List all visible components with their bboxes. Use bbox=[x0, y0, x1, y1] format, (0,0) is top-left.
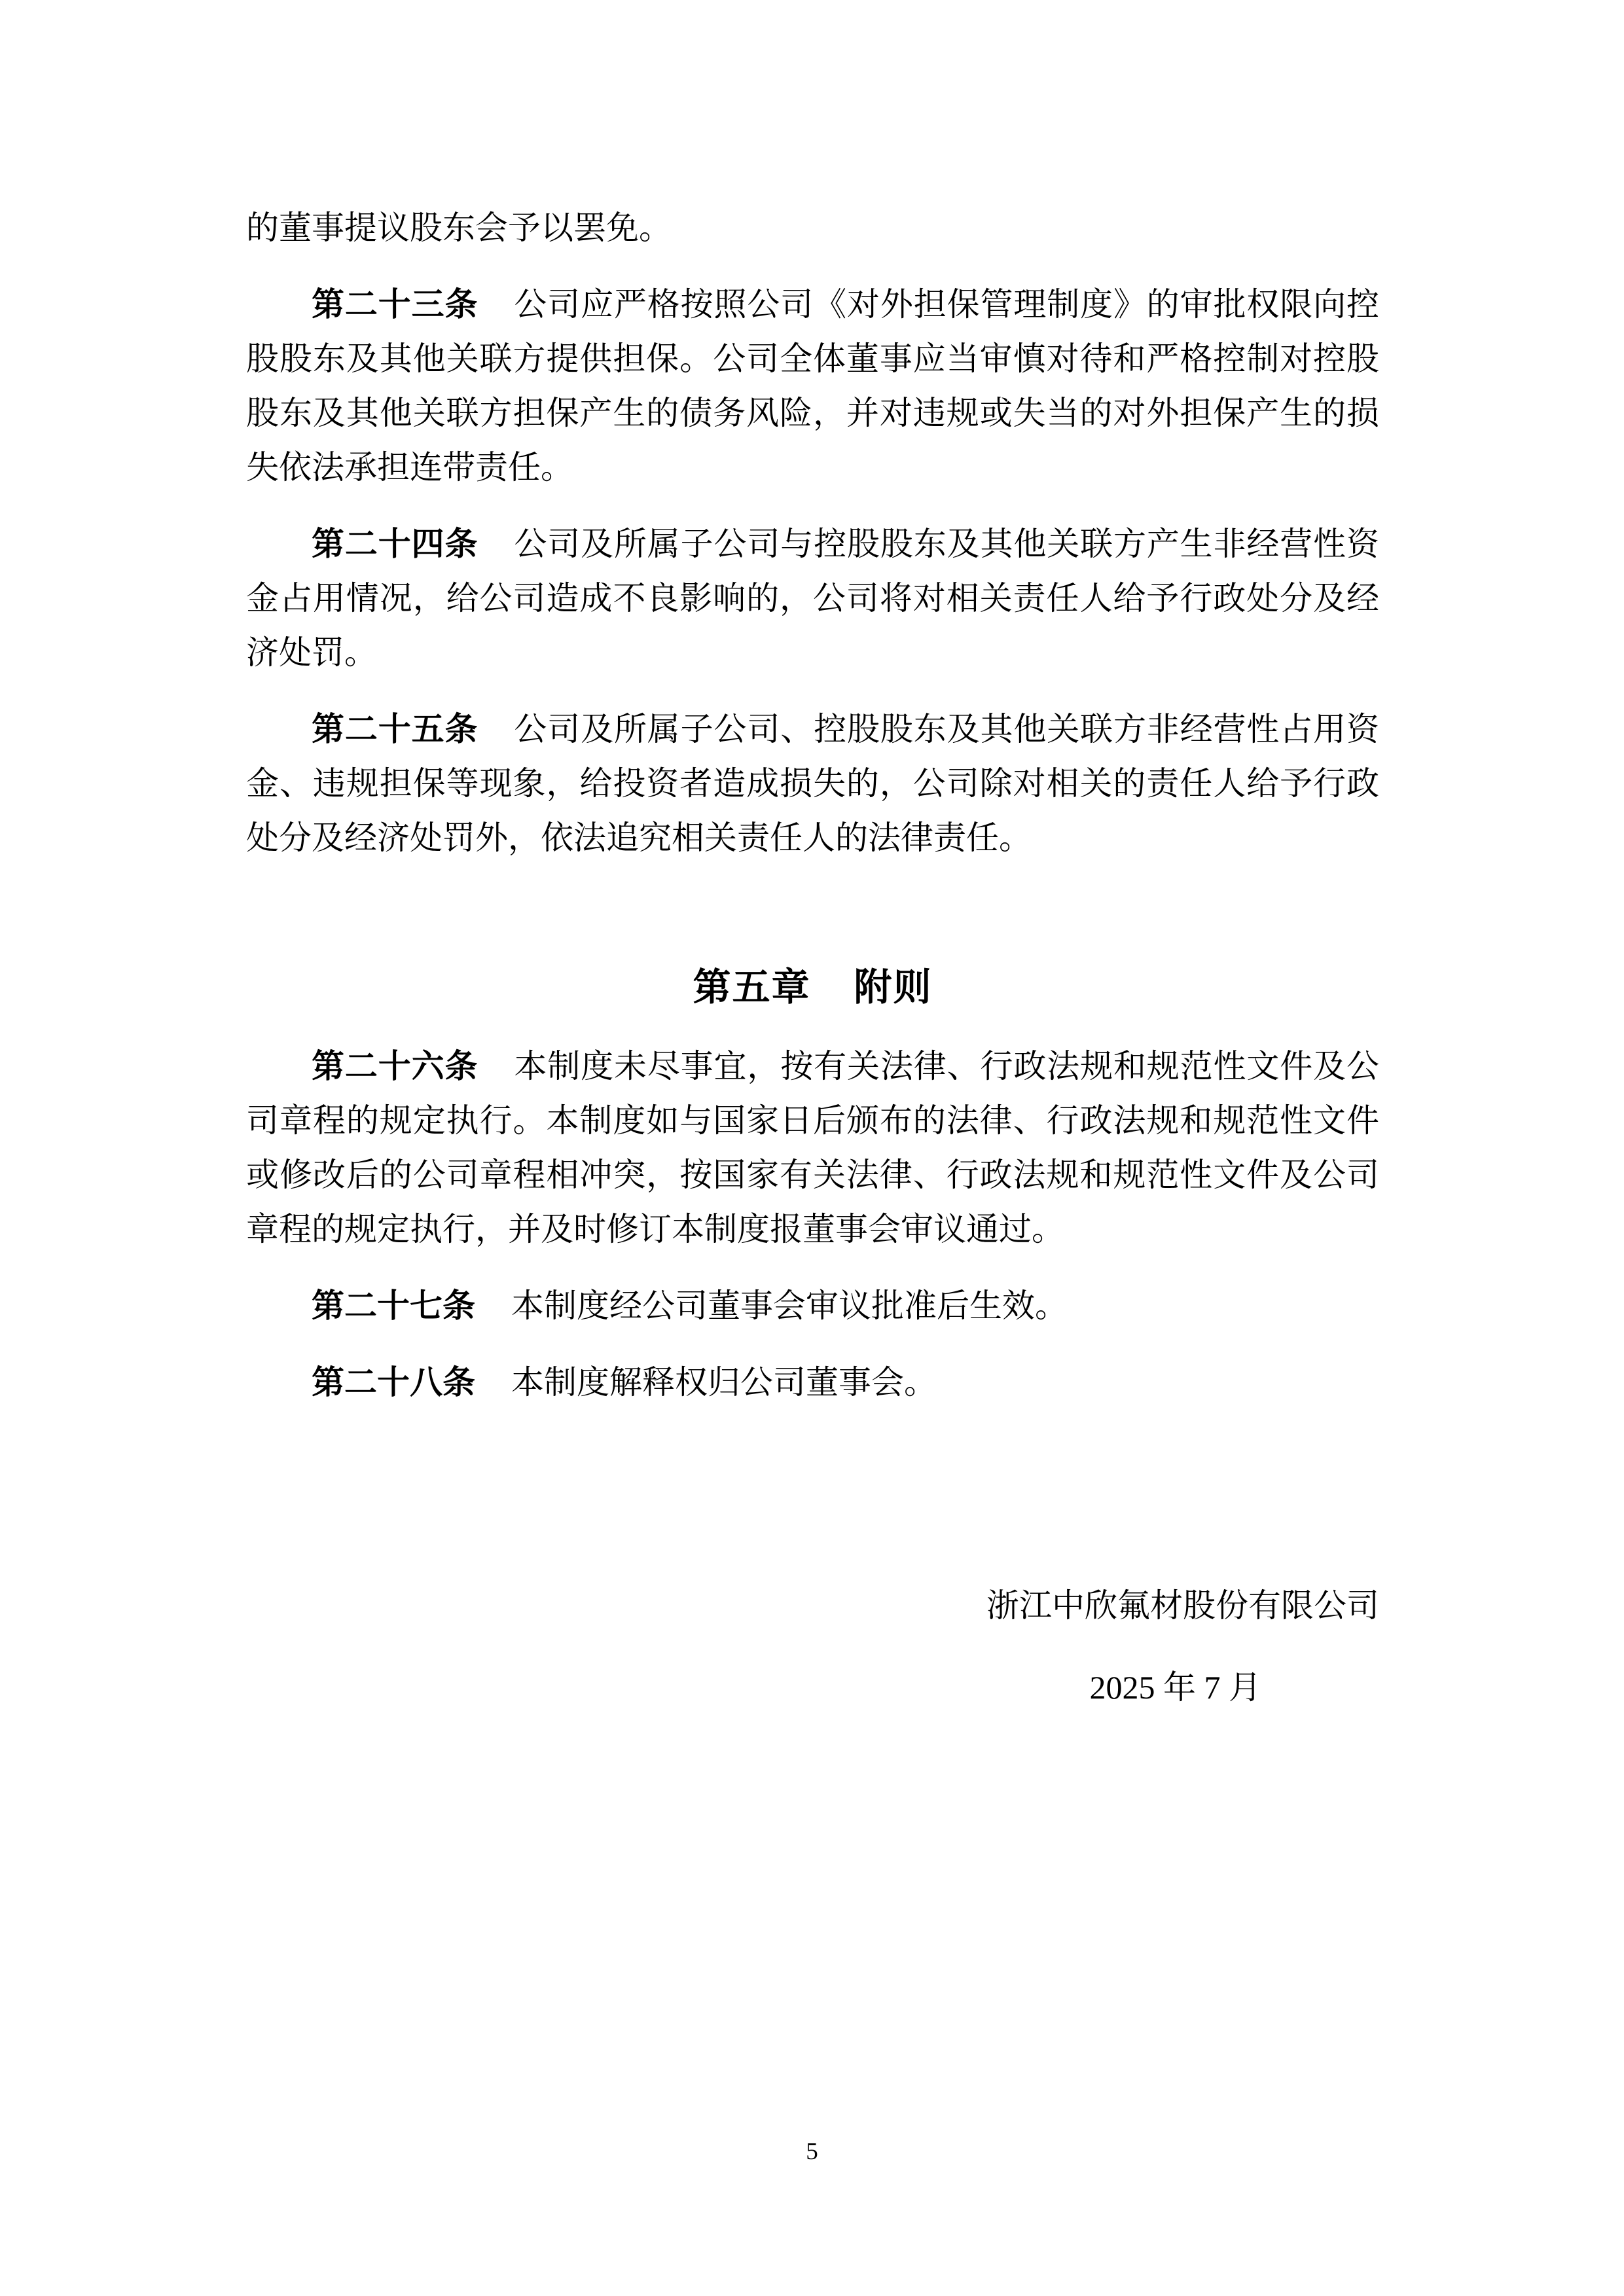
page-footer: 5 bbox=[0, 2139, 1624, 2165]
article-27-text: 本制度经公司董事会审议批准后生效。 bbox=[511, 1287, 1068, 1324]
article-26-paragraph: 第二十六条本制度未尽事宜，按有关法律、行政法规和规范性文件及公司章程的规定执行。… bbox=[246, 1039, 1379, 1257]
page-number: 5 bbox=[806, 2138, 818, 2165]
article-26-label: 第二十六条 bbox=[312, 1048, 478, 1085]
chapter-heading: 第五章附则 bbox=[246, 958, 1379, 1017]
article-28-label: 第二十八条 bbox=[312, 1364, 475, 1401]
article-27-paragraph: 第二十七条本制度经公司董事会审议批准后生效。 bbox=[246, 1279, 1379, 1333]
continuation-paragraph: 的董事提议股东会予以罢免。 bbox=[246, 201, 1379, 255]
article-27-label: 第二十七条 bbox=[312, 1287, 475, 1324]
document-page: 的董事提议股东会予以罢免。 第二十三条公司应严格按照公司《对外担保管理制度》的审… bbox=[0, 0, 1624, 2296]
article-23-paragraph: 第二十三条公司应严格按照公司《对外担保管理制度》的审批权限向控股股东及其他关联方… bbox=[246, 278, 1379, 495]
signature-date: 2025 年 7 月 bbox=[246, 1660, 1379, 1715]
article-24-label: 第二十四条 bbox=[312, 526, 478, 562]
chapter-title: 附则 bbox=[854, 966, 933, 1009]
signature-date-text: 2025 年 7 月 bbox=[1090, 1669, 1262, 1706]
signature-company: 浙江中欣氟材股份有限公司 bbox=[246, 1579, 1379, 1633]
article-23-label: 第二十三条 bbox=[312, 286, 478, 323]
article-25-paragraph: 第二十五条公司及所属子公司、控股股东及其他关联方非经营性占用资金、违规担保等现象… bbox=[246, 702, 1379, 865]
article-25-label: 第二十五条 bbox=[312, 711, 478, 747]
article-28-text: 本制度解释权归公司董事会。 bbox=[511, 1364, 937, 1401]
article-24-paragraph: 第二十四条公司及所属子公司与控股股东及其他关联方产生非经营性资金占用情况，给公司… bbox=[246, 517, 1379, 680]
document-body: 的董事提议股东会予以罢免。 第二十三条公司应严格按照公司《对外担保管理制度》的审… bbox=[0, 0, 1624, 1715]
chapter-number: 第五章 bbox=[693, 966, 810, 1009]
article-28-paragraph: 第二十八条本制度解释权归公司董事会。 bbox=[246, 1355, 1379, 1410]
signature-company-text: 浙江中欣氟材股份有限公司 bbox=[986, 1587, 1379, 1624]
continuation-text: 的董事提议股东会予以罢免。 bbox=[246, 209, 672, 246]
